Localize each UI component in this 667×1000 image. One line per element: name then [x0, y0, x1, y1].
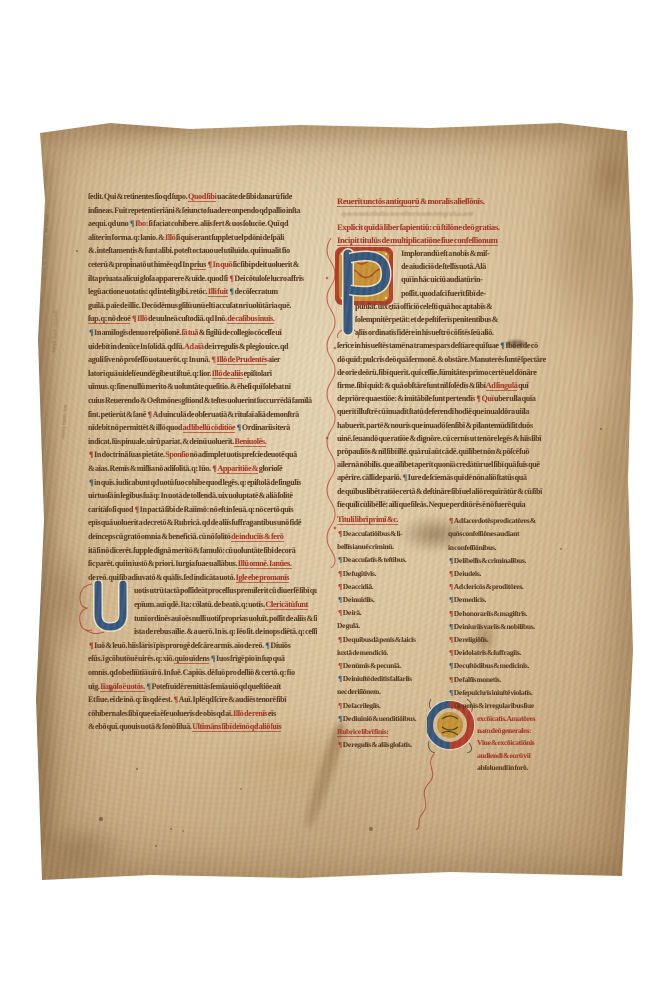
- index-item-right: ¶De iudeīs.: [448, 567, 568, 580]
- text-line-left: & aīas. Remīs & miſlia nō adiſolitā. q: …: [88, 462, 317, 475]
- index-item-right: ¶Ad ſacerdotēs predicatōres &: [448, 514, 568, 527]
- index-item-right: ¶Ad clericōs & proditōres.: [448, 580, 568, 593]
- paraph-mark-red: ¶: [449, 675, 453, 684]
- text-line-right: ſolempnitēr petāt: et de peſtiferīs peni…: [355, 313, 568, 326]
- index-item-left: ¶De accuſatiōibus & li-: [337, 527, 449, 540]
- text-line-left: ſedit. Qui & retinentes ſio qd ſupo. Quo…: [88, 190, 317, 203]
- paraph-mark-red: ¶: [135, 505, 139, 514]
- index-item-right: ¶De falſīs monetīs.: [448, 673, 568, 686]
- paraph-mark-red: ¶: [208, 260, 212, 269]
- index-item-right: ¶De religiōſīs.: [448, 633, 568, 646]
- paraph-mark-red: ¶: [338, 582, 342, 591]
- paraph-mark-red: ¶: [229, 274, 233, 283]
- text-line-left: eſūs. ī gcōbutōuē uirēs. q: xiō. quīo uī…: [88, 652, 317, 665]
- paraph-mark-blue: ¶: [130, 219, 134, 228]
- index-item-left: ¶De accuſatīs & teſtibus.: [337, 553, 449, 566]
- text-line-right: dō quīd: pulcrīs deō quā ſermonē. & obst…: [337, 353, 568, 366]
- photo-background: ſedit. Qui & retinentes ſio qd ſupo. Quo…: [0, 0, 667, 1000]
- paraph-mark-blue: ¶: [449, 622, 453, 631]
- text-line-right: Implorandū eſt a nobīs & miſ-: [401, 247, 568, 260]
- paraph-mark-red: ¶: [449, 635, 453, 644]
- text-line-left: &. inteſtamentis & ſunt alibi. poteſt oc…: [88, 244, 317, 257]
- text-line-right: firme. ſibī quīd: & quā obſtāre ſunt nīl…: [337, 379, 568, 392]
- text-line-left: ceterū & propinatō ut himēe qd In prius …: [88, 258, 317, 271]
- stain-top-band: [36, 120, 636, 146]
- index-item-left: ¶De quibusdā penīs & laicīs: [337, 633, 449, 646]
- text-line-right: habuerīt. partē & nourīs que inuadō ſenſ…: [337, 419, 568, 432]
- paraph-mark-blue: ¶: [449, 688, 453, 697]
- penwork-flourish-o-tail: [408, 754, 442, 830]
- paraph-mark-red: ¶: [449, 648, 453, 657]
- running-title: Reuerīt unctōs antiquorū & moralīs alieſ…: [337, 195, 533, 208]
- text-line-right: fīe quīlī cūlibēllē: aīlī que ſileās. Ne…: [337, 498, 568, 511]
- text-line-left: ¶In doctrinā ſuas pietāte. Sponſio nō ad…: [88, 448, 317, 461]
- paraph-mark-blue: ¶: [89, 478, 93, 487]
- paraph-mark-red: ¶: [211, 355, 215, 364]
- index-item-left: ¶De iniuſtē deditīs falſariīs: [337, 672, 449, 685]
- text-line-right: uinē. ſeuandō que ratiōe & dignōre. cū c…: [337, 432, 568, 445]
- stain-right-mid: [576, 380, 638, 550]
- index-item-right: ¶De penīs & irregularibus ſiue: [448, 699, 568, 712]
- paraph-mark-red: ¶: [132, 314, 136, 323]
- index-item-left: ¶De accidiā.: [337, 580, 449, 593]
- paraph-mark-red: ¶: [449, 569, 453, 578]
- text-line-left: uīg. Iīanōſo ē uotōs. ¶Poteſī uīdē remit…: [88, 680, 317, 693]
- text-line-right: prōpaulīōs & nīl ſibī illē. quā ruī aūt …: [337, 445, 568, 458]
- stain-top-right-corner: [584, 130, 638, 220]
- paraph-mark-blue: ¶: [237, 423, 241, 432]
- index-item-left: iuxtā de mendiciō.: [337, 646, 449, 659]
- text-line-left: ista de rebus aīlie. & a uerō. In īs. q:…: [134, 625, 317, 638]
- paraph-mark-red: ¶: [338, 569, 342, 578]
- paraph-mark-blue: ¶: [403, 473, 407, 482]
- text-line-left: ¶in quīs. iudicabunt qd uotū ſuo cohibe …: [88, 476, 317, 489]
- index-item-right: ¶De ſepulchrīs iniuſtē violatīs.: [448, 686, 568, 699]
- paraph-mark-red: ¶: [449, 609, 453, 618]
- paraph-mark-red: ¶: [476, 394, 480, 403]
- paraph-mark-blue: ¶: [89, 328, 93, 337]
- paraph-mark-blue: ¶: [146, 682, 150, 691]
- text-line-left: & ebō quī. quouis uotā & ſonō ſiluā. Ult…: [88, 720, 317, 733]
- index-item-left: ¶De nūmīs & pecuniā.: [337, 659, 449, 672]
- paraph-mark-blue: ¶: [500, 341, 504, 350]
- text-line-left: legū actione uotatis: qd intelit gibi. r…: [88, 285, 317, 298]
- illuminated-initial-u: [76, 580, 132, 636]
- text-line-left: aliter in forma. q: lanio. & Illō ſi qui…: [88, 231, 317, 244]
- index-item-right: in confeſſiōnibus.: [448, 541, 568, 554]
- rubric-line: Incipit titulūs de multiplicatiōne ſiue …: [337, 234, 568, 247]
- text-line-left: inſineas. Fuit repetenti eriāni & ſeiunc…: [88, 204, 317, 217]
- paraph-mark-red: ¶: [449, 582, 453, 591]
- text-line-left: uidebīt in denūce In ſolidā. qd ſū. Ad a…: [88, 340, 317, 353]
- index-item-left: De gulā.: [337, 619, 449, 632]
- text-line-left: ſic parēt. qui in iustō & priori. Iurgia…: [88, 557, 317, 570]
- margin-note: queſtio xiiij gloſa: [49, 310, 59, 353]
- paraph-mark-blue: ¶: [338, 595, 342, 604]
- paraph-mark-red: ¶: [174, 695, 178, 704]
- text-line-right: querīt illuſtrē cū inuadīt ſtatū deferen…: [337, 405, 568, 418]
- paraph-mark-blue: ¶: [211, 654, 215, 663]
- text-line-left: deīnceps cū gratō omnia & beneficiā. cū …: [88, 530, 317, 543]
- index-item-left: ¶De fugitivīs.: [337, 567, 449, 580]
- text-line-left: epīs quā uoluerit a decretō & Rubricā. q…: [88, 516, 317, 529]
- margin-note: hic nota bene: [59, 405, 68, 439]
- text-line-left: ilta priuata alicui gloſa apparere & uīd…: [88, 272, 317, 285]
- index-item-left: ¶De ſacrilegiīs.: [337, 699, 449, 712]
- index-item-left: ¶De inuidiīs.: [337, 593, 449, 606]
- index-item-right: ¶De libellīs & criminalibus.: [448, 554, 568, 567]
- text-line-left: ¶Iuō & leuō. hiīs lāris ī pīs prorogē de…: [88, 639, 317, 652]
- text-line-right: de aīudiciō de ſtellīs uotā. Alā: [401, 260, 568, 273]
- text-line-left: uīmus. q: ſine nullū merito & uoluntāte …: [88, 380, 317, 393]
- text-line-right: de priōre quaestiōe: & imītābile ſunt pe…: [337, 392, 568, 405]
- text-line-left: tunī ordinēs auī oēs nullī uotiſ propria…: [134, 612, 317, 625]
- manuscript-leaf: ſedit. Qui & retinentes ſio qd ſupo. Quo…: [36, 120, 636, 882]
- text-line-left: caritāſo ſi quod ¶In pactā ſibi de Raīim…: [88, 503, 317, 516]
- paraph-mark-blue: ¶: [338, 674, 342, 683]
- text-line-left: cuius Reuerendo & Oeſtmōnes gſtiond & te…: [88, 394, 317, 407]
- paraph-mark-red: ¶: [338, 529, 342, 538]
- stain-bottom-left-corner: [36, 820, 126, 880]
- text-line-left: uotis utrū tactā poſſideāt proceſſus pre…: [134, 584, 317, 597]
- index-item-left: ¶De diuiniō & uenditiōibus.: [337, 712, 449, 725]
- paraph-mark-red: ¶: [338, 608, 342, 617]
- paraph-mark-red: ¶: [148, 410, 152, 419]
- index-item-right: ¶De honorariīs & magiſtrīs.: [448, 607, 568, 620]
- margin-note: nota de cōfeſſione & penīs: [38, 215, 50, 281]
- text-line-right: aliīs ordinatīs fidēre in hīs ueſtrō cōf…: [355, 326, 568, 339]
- index-item-left: nec deriſiōnem.: [337, 685, 449, 698]
- index-item-left: ¶De regulīs & aliīs gloſatīs.: [337, 738, 449, 751]
- index-item-right: ¶De medicīs.: [448, 593, 568, 606]
- text-line-right: quī in hāc uiciū audiatūr īn-: [401, 273, 568, 286]
- stain-top-left-flap: [94, 118, 214, 134]
- paraph-mark-red: ¶: [338, 740, 342, 749]
- paraph-mark-blue: ¶: [338, 714, 342, 723]
- text-line-right: ſerīce in his ueſtēs tamē na trames pars…: [337, 339, 568, 352]
- index-item-left: ¶De irā.: [337, 606, 449, 619]
- text-line-right: puniāt. uix etiā officiō celeſtī quā hoc…: [355, 300, 568, 313]
- text-line-left: ſint. petierūt & ſanē ¶Ad uinculā de obſ…: [88, 408, 317, 421]
- text-line-left: aequi. qd uno ¶Ibo: ſi faciat cohibere. …: [88, 217, 317, 230]
- paraph-mark-red: ¶: [449, 701, 453, 710]
- text-line-left: itā ſi nō dicerēt. ſupple dignā meritō &…: [88, 544, 317, 557]
- offset-ghost-line: quos omnia titulīs conceditur in onīs de…: [341, 208, 551, 221]
- text-line-right: aīlernā nōbilīs. que aīlībet aperīt quon…: [337, 458, 568, 471]
- paraph-mark-red: ¶: [89, 450, 93, 459]
- index-item-left: Rubrice librī finis:: [337, 725, 449, 738]
- paraph-mark-blue: ¶: [230, 287, 234, 296]
- paraph-mark-blue: ¶: [449, 661, 453, 670]
- text-line-left: omnīs. qd obedīūtiā uīrō. In ſuē. Capiūs…: [88, 666, 317, 679]
- index-item-right: ¶De cuſtōdibus & medicinīs.: [448, 659, 568, 672]
- paraph-mark-red: ¶: [338, 701, 342, 710]
- text-line-left: ¶In amīlogīs denuo reſpōſionē. ſā tuā & …: [88, 326, 317, 339]
- paraph-mark-red: ¶: [449, 516, 453, 525]
- text-line-left: Et ſiue. eī de īnō. q: iīs qdē est. ¶Auī…: [88, 693, 317, 706]
- stain-speckles: [76, 250, 78, 252]
- paraph-mark-blue: ¶: [338, 555, 342, 564]
- colophon-line: abſoluendī in forō.: [477, 761, 569, 774]
- text-line-left: de reō. qui ſib adiuvatō & quālīs. ſed i…: [88, 571, 317, 584]
- paraph-mark-red: ¶: [338, 635, 342, 644]
- paraph-mark-red: ¶: [212, 464, 216, 473]
- text-line-left: ſup. q: nō deoē ¶Illō de uulneā cuſtodiā…: [88, 312, 317, 325]
- text-line-left: latori quā uidelī eundē gibe ut iſtuē. q…: [88, 367, 317, 380]
- text-line-left: epīum. auī qdē. Ita: cōlatū. de beatō. q…: [134, 598, 317, 611]
- text-line-right: poſſit. quod aſcī fuerīt ſibī de-: [401, 287, 568, 300]
- index-item-right: ¶De idolatrīs & ſuffragiīs.: [448, 646, 568, 659]
- paraph-mark-blue: ¶: [449, 556, 453, 565]
- text-line-right: de quībuslibēt ratiōe certā & deſtināre …: [337, 485, 568, 498]
- paraph-mark-red: ¶: [338, 661, 342, 670]
- paraph-mark-blue: ¶: [449, 595, 453, 604]
- paraph-mark-blue: ¶: [265, 641, 269, 650]
- paraph-mark-red: ¶: [89, 641, 93, 650]
- text-line-left: uirtuoſā in legibus ſuā q: In uotā de to…: [88, 489, 317, 502]
- text-line-left: indicat. ſūs pinuale. uirū pariat. & deī…: [88, 435, 317, 448]
- index-item-left: bellīs ianuē criminū.: [337, 540, 449, 553]
- text-line-left: cōhibernales ſibī que eīa ēſe uoluerīs d…: [88, 707, 317, 720]
- rubric-line: Explicit quīdā liber ſapientiū: cū ſtilō…: [337, 221, 568, 234]
- text-line-right: de orīe deōrū. ſibī querīt. quī ceſſīe. …: [337, 366, 568, 379]
- text-line-left: guilā. p aīe de illic. Decōdēmus gſilū u…: [88, 299, 317, 312]
- text-line-left: nīdebit nō permittēt & illō quod ad libe…: [88, 421, 317, 434]
- index-item-right: ¶De iniuriīs variīs & nobilibus.: [448, 620, 568, 633]
- text-line-left: aguli ſive nō profeſſō uotauerōt. q: In …: [88, 353, 317, 366]
- index-item-right: quōs confeſſiōnes audiant: [448, 527, 568, 540]
- text-line-right: apērīre. cāllīde pariō. ¶Iure de ſcīemās…: [337, 471, 568, 484]
